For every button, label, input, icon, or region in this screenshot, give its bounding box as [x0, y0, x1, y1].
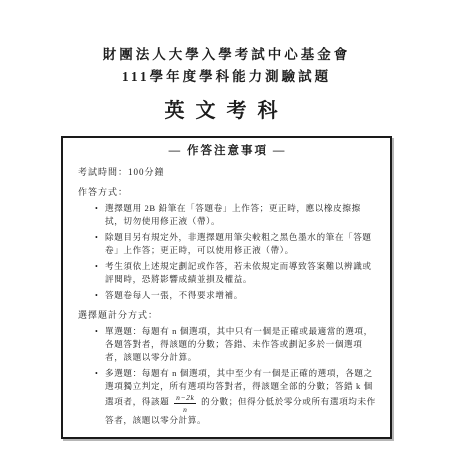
list-item: • 考生須依上述規定劃記或作答，若未依規定而導致答案難以辨識或評閱時，恐將影響成…: [95, 260, 377, 286]
exam-cover-page: 財團法人大學入學考試中心基金會 111學年度學科能力測驗試題 英文考科 — 作答…: [0, 0, 453, 453]
list-item: • 選擇題用 2B 鉛筆在「答題卷」上作答；更正時，應以橡皮擦擦拭，切勿使用修正…: [95, 202, 377, 228]
list-item: • 答題卷每人一張，不得要求增補。: [95, 289, 377, 302]
list-item: • 單選題：每題有 n 個選項，其中只有一個是正確或最適當的選項，各題答對者，得…: [95, 325, 377, 364]
exam-time-line: 考試時間：100分鐘: [78, 165, 377, 179]
exam-year-title: 111學年度學科能力測驗試題: [0, 66, 453, 88]
list-item: • 除題目另有規定外，非選擇題用筆尖較粗之黑色墨水的筆在「答題卷」上作答；更正時…: [95, 231, 377, 257]
fraction-denominator: n: [174, 404, 196, 414]
list-item: • 多選題：每題有 n 個選項，其中至少有一個是正確的選項，各題之選項獨立判定，…: [95, 367, 377, 427]
bullet-icon: •: [95, 289, 105, 302]
answer-method-list: • 選擇題用 2B 鉛筆在「答題卷」上作答；更正時，應以橡皮擦擦拭，切勿使用修正…: [78, 202, 377, 302]
single-choice-rule-text: 單選題：每題有 n 個選項，其中只有一個是正確或最適當的選項，各題答對者，得該題…: [105, 325, 377, 364]
bullet-icon: •: [95, 325, 105, 364]
bullet-icon: •: [95, 260, 105, 286]
score-fraction: n−2k n: [174, 393, 196, 414]
answer-method-item-text: 答題卷每人一張，不得要求增補。: [105, 289, 377, 302]
answer-method-item-text: 選擇題用 2B 鉛筆在「答題卷」上作答；更正時，應以橡皮擦擦拭，切勿使用修正液（…: [105, 202, 377, 228]
fraction-numerator: n−2k: [174, 393, 196, 404]
organization-title: 財團法人大學入學考試中心基金會: [0, 0, 453, 66]
bullet-icon: •: [95, 367, 105, 427]
bullet-icon: •: [95, 202, 105, 228]
answer-method-heading: 作答方式：: [78, 185, 377, 199]
bullet-icon: •: [95, 231, 105, 257]
notice-box: — 作答注意事項 — 考試時間：100分鐘 作答方式： • 選擇題用 2B 鉛筆…: [61, 136, 392, 439]
answer-method-item-text: 考生須依上述規定劃記或作答，若未依規定而導致答案難以辨識或評閱時，恐將影響成績並…: [105, 260, 377, 286]
subject-title: 英文考科: [0, 99, 453, 123]
scoring-heading: 選擇題計分方式：: [78, 308, 377, 322]
multi-choice-rule-text: 多選題：每題有 n 個選項，其中至少有一個是正確的選項，各題之選項獨立判定，所有…: [105, 367, 377, 427]
notice-box-header: — 作答注意事項 —: [78, 143, 377, 159]
answer-method-item-text: 除題目另有規定外，非選擇題用筆尖較粗之黑色墨水的筆在「答題卷」上作答；更正時，可…: [105, 231, 377, 257]
scoring-list: • 單選題：每題有 n 個選項，其中只有一個是正確或最適當的選項，各題答對者，得…: [78, 325, 377, 427]
